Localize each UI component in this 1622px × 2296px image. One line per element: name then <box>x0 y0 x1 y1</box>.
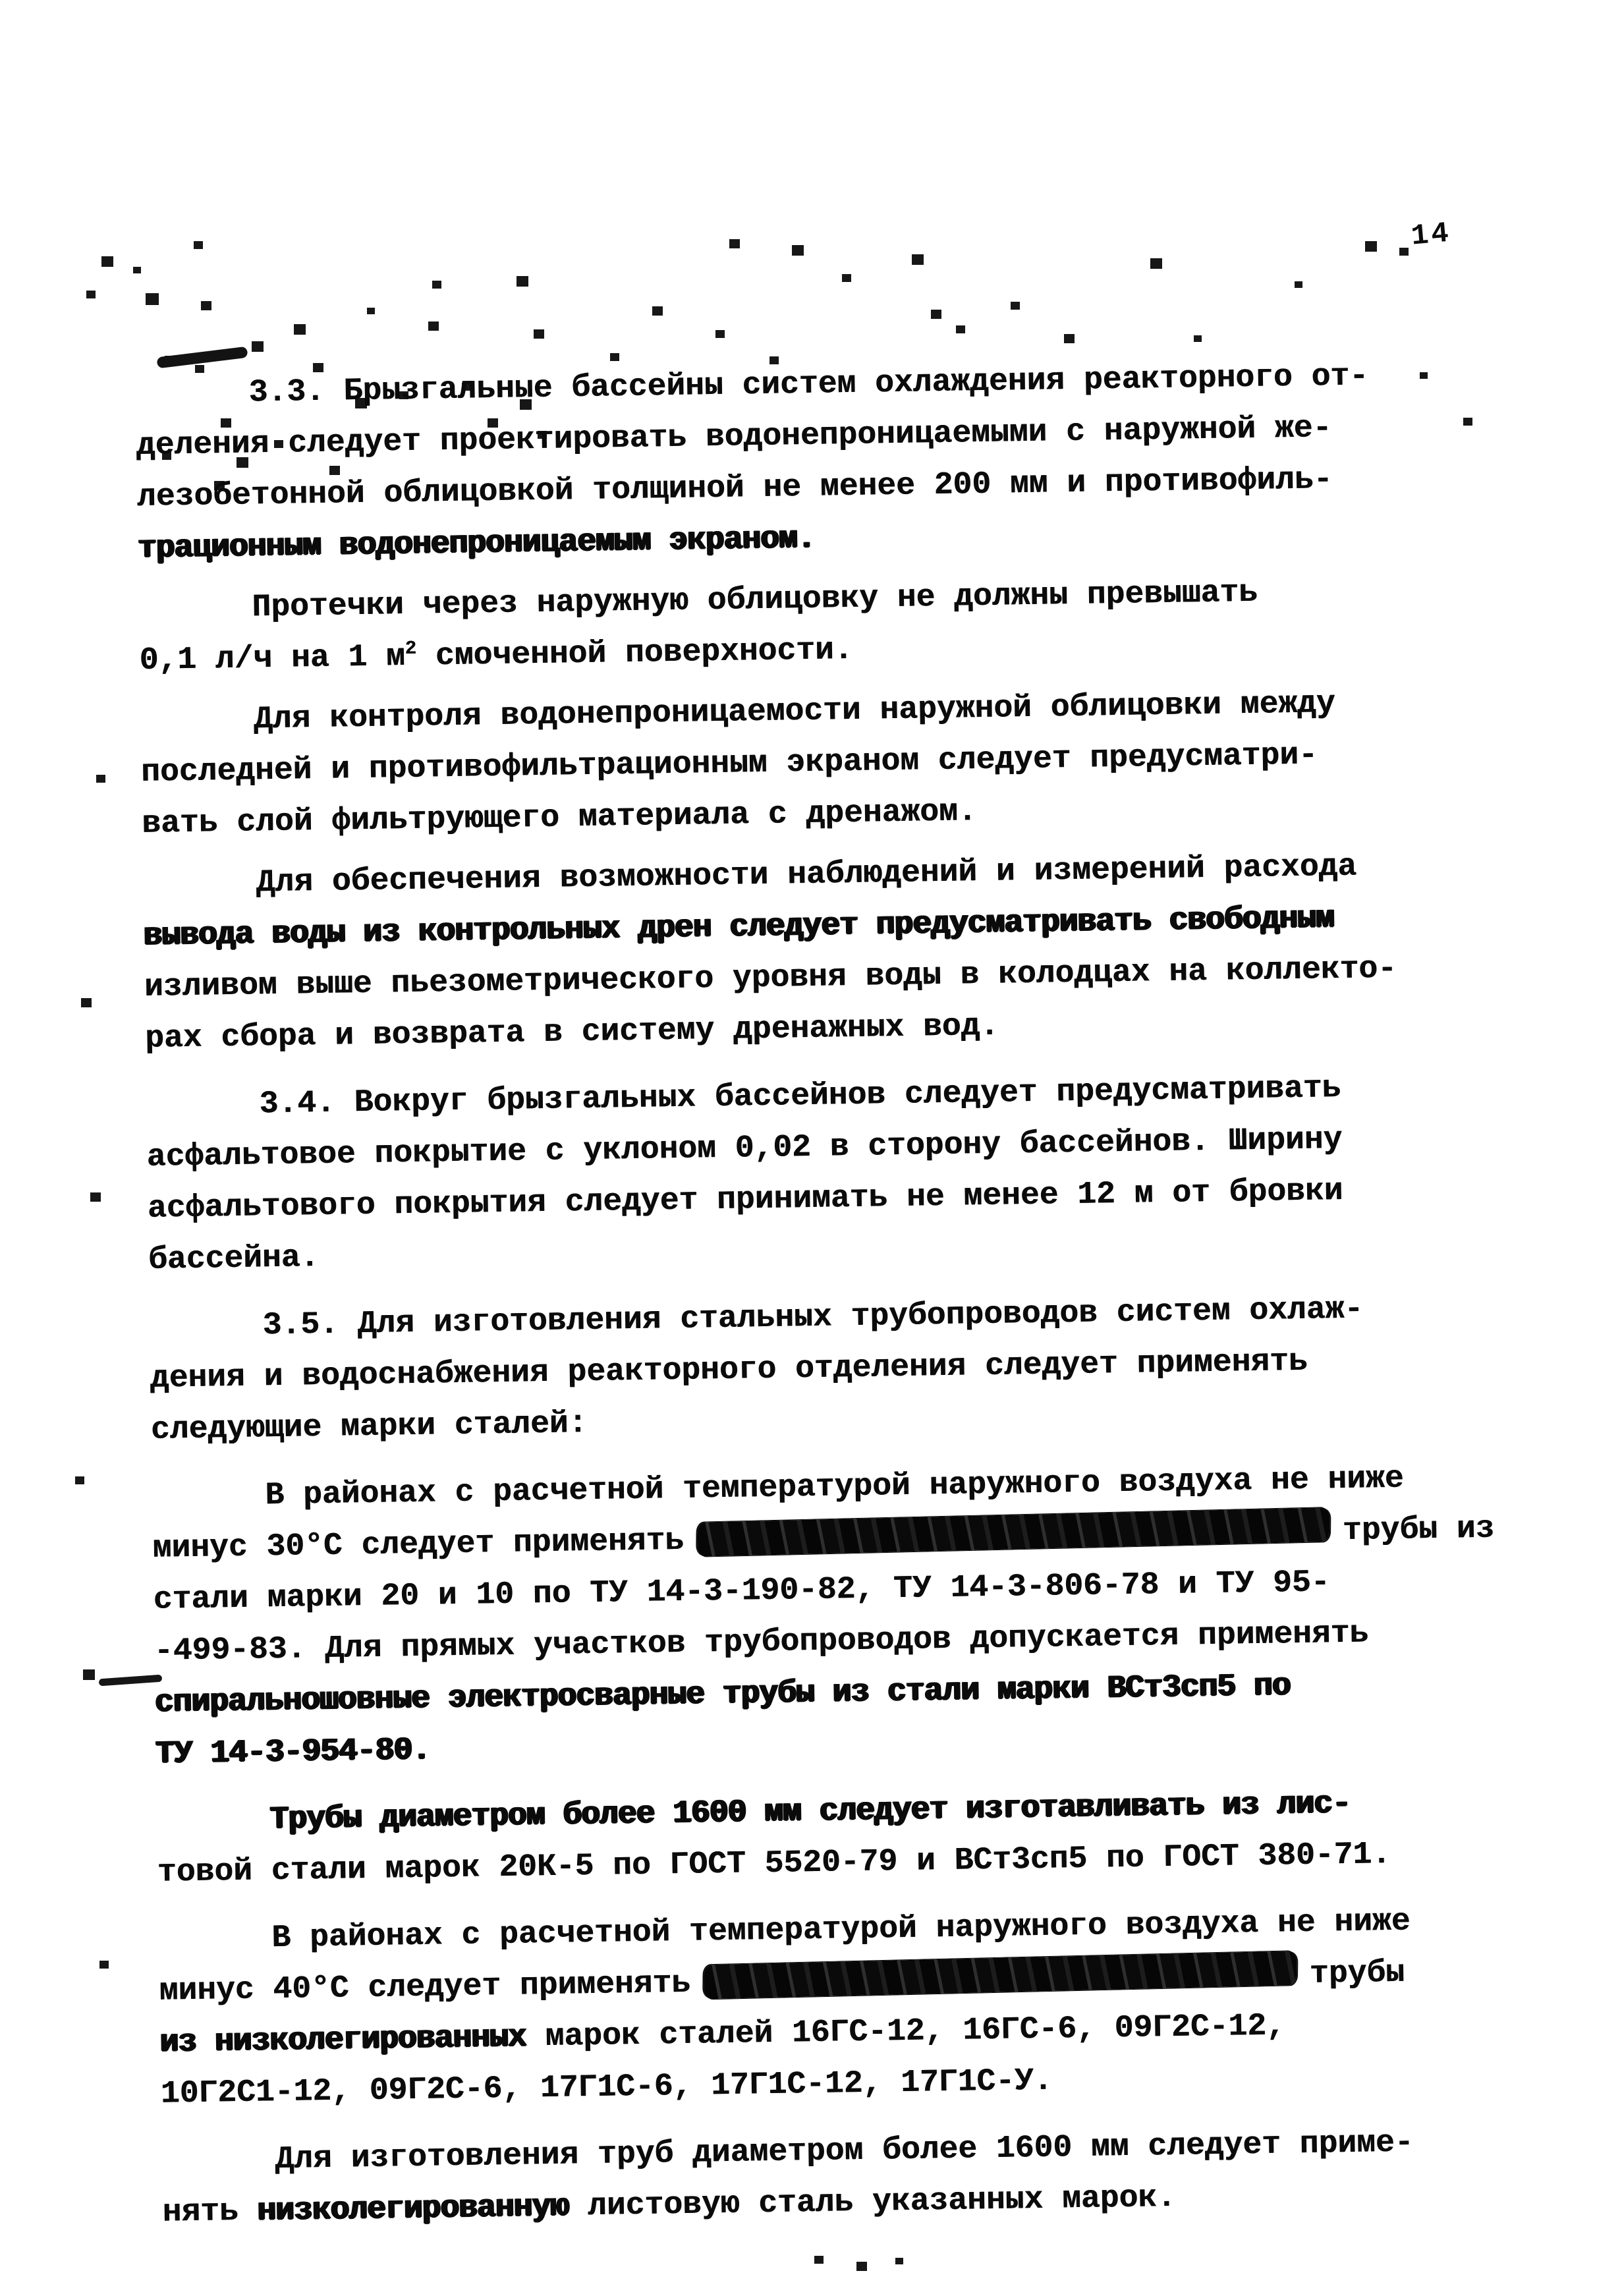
paragraph-observation: Для обеспечения возможности наблюдений и… <box>142 839 1515 1065</box>
superscript-2: 2 <box>405 638 416 659</box>
text-segment: низколегированную <box>257 2189 569 2229</box>
paragraph-3-4: 3.4. Вокруг брызгальных бассейнов следуе… <box>146 1060 1519 1286</box>
text-segment: нять <box>162 2194 258 2231</box>
paragraph-minus-40: В районах с расчетной температурой наруж… <box>158 1894 1531 2120</box>
paragraph-pipes-1600: Трубы диаметром более 1600 мм следует из… <box>156 1776 1528 1899</box>
paragraph-3-3: 3.3. Брызгальные бассейны систем охлажде… <box>135 349 1508 574</box>
redaction-bar <box>704 1951 1297 1999</box>
paragraph-leakage: Протечки через наружную облицовку не дол… <box>138 563 1510 686</box>
scan-noise-speckles <box>0 0 4 3</box>
ink-smudge <box>156 347 248 369</box>
text-segment: трубы <box>1309 1955 1405 1992</box>
text-segment: трубы из <box>1343 1511 1495 1549</box>
text-segment: из низколегированных <box>159 2019 526 2060</box>
scanned-document-page: 14 3.3. Брызгальные бассейны систем охла… <box>0 0 1622 2296</box>
text-segment: 0,1 л/ч на 1 м <box>139 639 405 679</box>
text-segment: смоченной поверхности. <box>416 632 853 675</box>
paragraph-3-5: 3.5. Для изготовления стальных трубопров… <box>149 1281 1521 1456</box>
paragraph-control: Для контроля водонепроницаемости наружно… <box>140 675 1512 850</box>
text-segment: листовую сталь указанных марок. <box>569 2180 1176 2225</box>
text-segment: марок сталей 16ГС-12, 16ГС-6, 09Г2С-12, <box>526 2008 1285 2055</box>
page-number: 14 <box>1410 217 1453 253</box>
document-text: 3.3. Брызгальные бассейны систем охлажде… <box>135 349 1533 2248</box>
ink-smudge <box>99 1675 163 1687</box>
text-segment: минус 30°С следует применять <box>152 1523 684 1567</box>
text-segment: минус 40°С следует применять <box>159 1966 690 2009</box>
paragraph-sheet-steel: Для изготовления труб диаметром более 16… <box>161 2115 1533 2239</box>
redaction-bar <box>697 1507 1329 1557</box>
paragraph-minus-30: В районах с расчетной температурой наруж… <box>152 1451 1526 1780</box>
